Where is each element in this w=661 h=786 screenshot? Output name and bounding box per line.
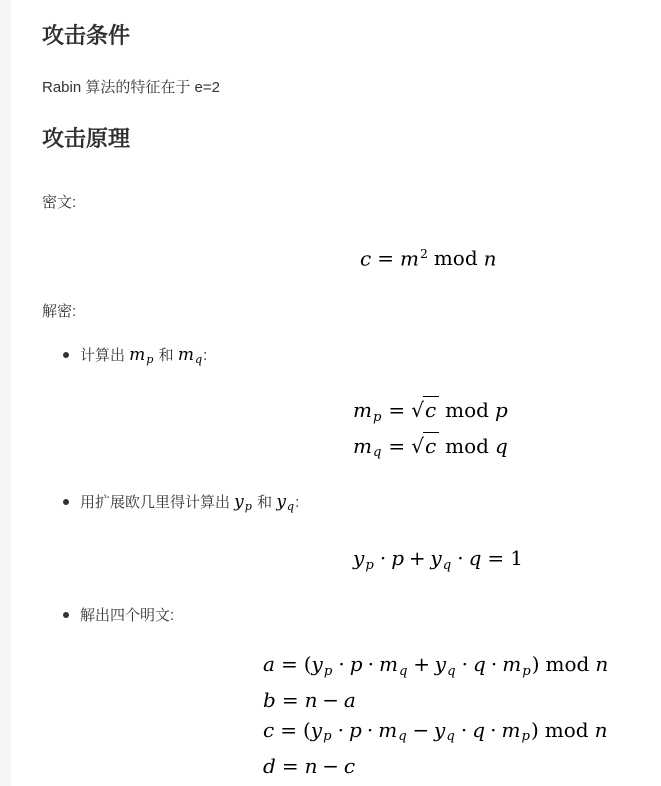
- list-item-compute-mp-mq: 计算出 mp 和 mq:: [63, 344, 207, 371]
- document-page: 攻击条件 Rabin 算法的特征在于 e=2 攻击原理 密文: c=m2modn…: [0, 0, 661, 786]
- bullet-marker: [63, 352, 69, 358]
- label-decryption: 解密:: [42, 302, 76, 322]
- formula-plaintext-b: b=n−a: [263, 686, 608, 716]
- formula-block-mp-mq: mp=√cmodp mq=√cmodq: [353, 396, 508, 467]
- list-item-text: 计算出 mp 和 mq:: [80, 347, 207, 364]
- formula-encryption: c=m2modn: [360, 239, 497, 273]
- formula-plaintext-c: c=(yp⋅p⋅mq−yq⋅q⋅mp)modn: [263, 716, 608, 752]
- formula-plaintext-a: a=(yp⋅p⋅mq+yq⋅q⋅mp)modn: [263, 650, 608, 686]
- section-heading-attack-principle: 攻击原理: [42, 127, 130, 151]
- left-gutter: [0, 0, 11, 786]
- section-heading-attack-conditions: 攻击条件: [42, 24, 130, 48]
- list-item-solve-four-plaintexts: 解出四个明文:: [63, 605, 174, 627]
- list-item-text: 用扩展欧几里得计算出 yp 和 yq:: [80, 494, 299, 511]
- bullet-marker: [63, 612, 69, 618]
- list-item-compute-yp-yq: 用扩展欧几里得计算出 yp 和 yq:: [63, 491, 299, 518]
- bullet-marker: [63, 499, 69, 505]
- formula-mp: mp=√cmodp: [353, 396, 508, 432]
- formula-plaintext-d: d=n−c: [263, 752, 608, 782]
- formula-mq: mq=√cmodq: [353, 432, 508, 468]
- formula-block-four-plaintexts: a=(yp⋅p⋅mq+yq⋅q⋅mp)modn b=n−a c=(yp⋅p⋅mq…: [263, 650, 608, 781]
- label-ciphertext: 密文:: [42, 193, 76, 213]
- formula-bezout: yp⋅p+yq⋅q=1: [353, 544, 523, 580]
- paragraph-rabin-feature: Rabin 算法的特征在于 e=2: [42, 78, 220, 98]
- list-item-text: 解出四个明文:: [80, 607, 174, 624]
